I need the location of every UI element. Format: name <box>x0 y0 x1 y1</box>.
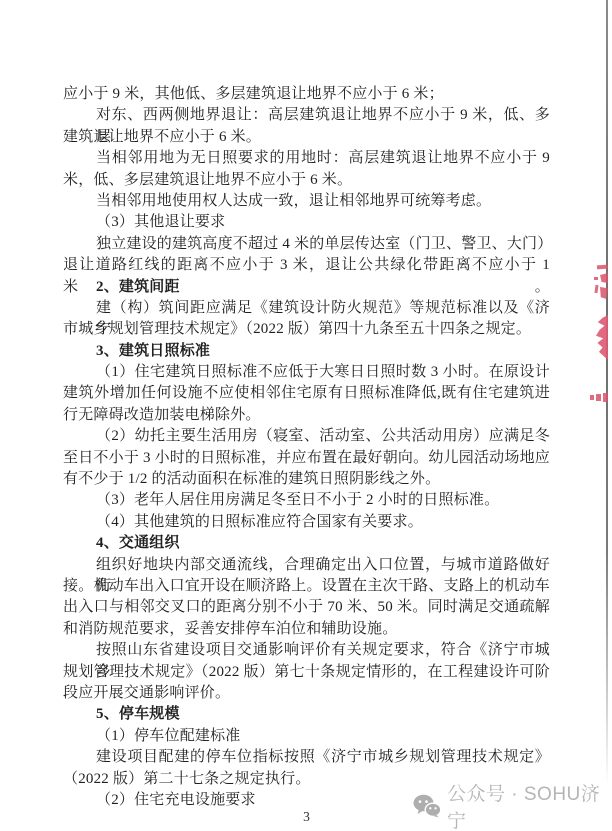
scanned-document-page: { "page": { "number": "3", "background_c… <box>0 0 612 831</box>
document-line: （1）停车位配建标准 <box>63 726 550 747</box>
document-line: 对东、西两侧地界退让：高层建筑退让地界不应小于 9 米，低、多层 <box>63 105 550 126</box>
document-line: 应小于 9 米，其他低、多层建筑退让地界不应小于 6 米； <box>63 84 550 105</box>
document-line: 按照山东省建设项目交通影响评价有关规定要求，符合《济宁市城乡 <box>63 640 550 661</box>
document-line: 规划管理技术规定》（2022 版）第七十条规定情形的，在工程建设许可阶 <box>63 662 550 683</box>
section-heading: 4、交通组织 <box>63 533 550 554</box>
document-line: 米，低、多层建筑退让地界不应小于 6 米。 <box>63 170 550 191</box>
document-line: 有不少于 1/2 的活动面积在标准的建筑日照阴影线之外。 <box>63 469 550 490</box>
document-text-body: 应小于 9 米，其他低、多层建筑退让地界不应小于 6 米；对东、西两侧地界退让：… <box>63 84 550 811</box>
document-line: 独立建设的建筑高度不超过 4 米的单层传达室（门卫、警卫、大门） <box>63 234 550 255</box>
watermark-text: 公众号 · SOHU济宁 <box>447 779 612 831</box>
document-line: 和消防规范要求，妥善安排停车泊位和辅助设施。 <box>63 619 550 640</box>
document-line: 出入口与相邻交叉口的距离分别不小于 70 米、50 米。同时满足交通疏解 <box>63 597 550 618</box>
document-line: 至日不小于 3 小时的日照标准，并应布置在最好朝向。幼儿园活动场地应 <box>63 448 550 469</box>
document-line: 段应开展交通影响评价。 <box>63 683 550 704</box>
document-line: 建（构）筑间距应满足《建筑设计防火规范》等规范标准以及《济宁 <box>63 298 550 319</box>
document-line: 建设项目配建的停车位指标按照《济宁市城乡规划管理技术规定》 <box>63 747 550 768</box>
document-line: 建筑退让地界不应小于 6 米。 <box>63 127 550 148</box>
document-line: 建筑外增加任何设施不应使相邻住宅原有日照标准降低,既有住宅建筑进 <box>63 383 550 404</box>
document-line: 市城乡规划管理技术规定》（2022 版）第四十九条至五十四条之规定。 <box>63 319 550 340</box>
document-line: 行无障碍改造加装电梯除外。 <box>63 405 550 426</box>
stamp-fragment-bottom <box>590 392 608 403</box>
stamp-fragment-middle <box>596 315 608 360</box>
watermark: 公众号 · SOHU济宁 <box>413 793 612 819</box>
document-line: （1）住宅建筑日照标准不应低于大寒日日照时数 3 小时。在原设计 <box>63 362 550 383</box>
document-line: 退让道路红线的距离不应小于 3 米，退让公共绿化带距离不应小于 1 米。 <box>63 255 550 276</box>
document-line: （3）老年人居住用房满足冬至日不小于 2 小时的日照标准。 <box>63 490 550 511</box>
document-line: （4）其他建筑的日照标准应符合国家有关要求。 <box>63 512 550 533</box>
document-line: （3）其他退让要求 <box>63 212 550 233</box>
wechat-icon <box>413 794 441 818</box>
document-line: 当相邻用地使用权人达成一致，退让相邻地界可统筹考虑。 <box>63 191 550 212</box>
document-line: 当相邻用地为无日照要求的用地时：高层建筑退让地界不应小于 9 <box>63 148 550 169</box>
section-heading: 3、建筑日照标准 <box>63 341 550 362</box>
stamp-fragment-top <box>593 265 608 311</box>
document-line: 接。机动车出入口宜开设在顺济路上。设置在主次干路、支路上的机动车 <box>63 576 550 597</box>
document-line: 组织好地块内部交通流线，合理确定出入口位置，与城市道路做好衔 <box>63 555 550 576</box>
document-line: （2）幼托主要生活用房（寝室、活动室、公共活动用房）应满足冬 <box>63 426 550 447</box>
section-heading: 5、停车规模 <box>63 704 550 725</box>
